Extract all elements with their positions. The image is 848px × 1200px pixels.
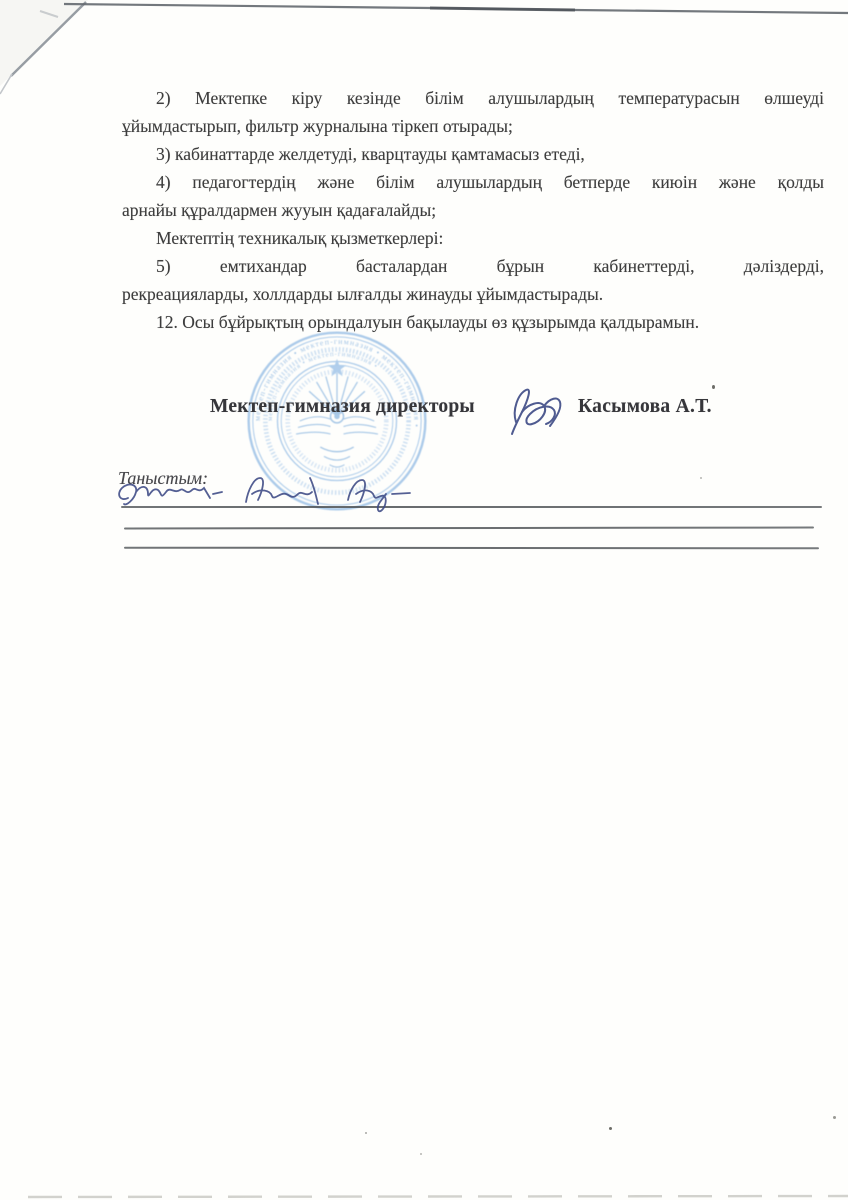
scan-speck [420, 1153, 422, 1155]
body-line: ұйымдастырып, фильтр журналына тіркеп от… [122, 112, 824, 140]
director-name: Касымова А.Т. [578, 396, 712, 418]
scan-speck [365, 1132, 367, 1134]
body-line: 12. Осы бұйрықтың орындалуын бақылауды ө… [122, 308, 824, 336]
director-role-label: Мектеп-гимназия директоры [210, 396, 475, 418]
acknowledgement-signatures [114, 468, 454, 516]
body-line: арнайы құралдармен жууын қадағалайды; [122, 196, 824, 224]
body-line: Мектептің техникалық қызметкерлері: [122, 224, 824, 252]
handwritten-signature [119, 485, 222, 505]
scan-speck [712, 385, 715, 389]
scanned-document-page: 2) Мектепке кіру кезінде білім алушылард… [0, 0, 848, 1200]
document-body: 2) Мектепке кіру кезінде білім алушылард… [122, 84, 824, 336]
body-line: 3) кабинаттарде желдетуді, кварцтауды қа… [122, 140, 824, 168]
fold-crease-line [11, 2, 86, 76]
scanner-top-edge-dark-segment [430, 8, 575, 10]
scanner-bottom-edge [28, 1196, 848, 1197]
handwritten-signature [246, 478, 318, 504]
folded-corner [0, 0, 88, 86]
signature-rule-line [124, 547, 819, 550]
body-line: 5) емтихандар басталардан бұрын кабинетт… [122, 252, 824, 280]
signature-rule-line [124, 527, 814, 530]
scan-speck [700, 477, 702, 479]
fold-minor-mark [40, 11, 58, 17]
director-signature-row: Мектеп-гимназия директоры Касымова А.Т. [0, 396, 848, 442]
body-line: 4) педагогтердің және білім алушылардың … [122, 168, 824, 196]
scan-speck [833, 1116, 836, 1119]
body-line: 2) Мектепке кіру кезінде білім алушылард… [122, 84, 824, 112]
fold-crease-line-faint [0, 74, 12, 94]
handwritten-signature [348, 480, 410, 511]
director-handwritten-signature [498, 378, 578, 444]
scanner-top-edge [64, 4, 848, 13]
body-line: рекреацияларды, холлдарды ылғалды жинауд… [122, 280, 824, 308]
scan-speck [609, 1127, 612, 1130]
